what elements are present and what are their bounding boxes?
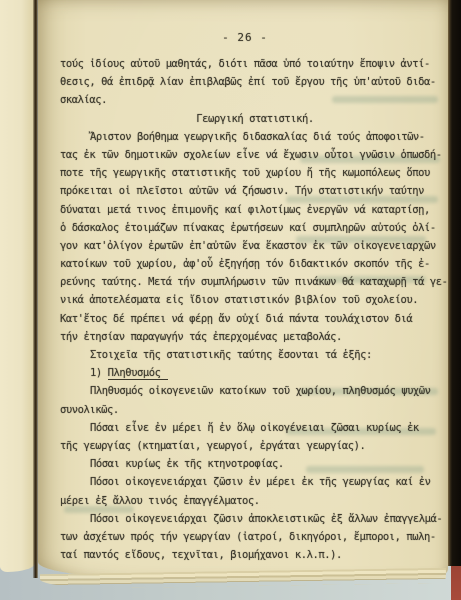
text-line: ὁ δάσκαλος ἑτοιμάζων πίνακας ἐρωτήσεων κ…	[60, 219, 450, 237]
text-line: συνολικῶς.	[60, 401, 450, 419]
previous-page-edge	[0, 0, 35, 572]
text-line: των ἀσχέτων πρός τήν γεωργίαν (ἰατροί, δ…	[60, 528, 450, 546]
text-line: Στοιχεῖα τῆς στατιστικῆς ταύτης ἔσονται …	[60, 346, 450, 364]
text-line: Πληθυσμός οἰκογενειῶν κατοίκων τοῦ χωρίο…	[60, 382, 450, 400]
text-line: μέρει ἐξ ἄλλου τινός ἐπαγγέλματος.	[60, 492, 450, 510]
text-line: τας ἐκ τῶν δημοτικῶν σχολείων εἶνε νά ἔχ…	[60, 146, 450, 164]
text-line: Πόσοι οἰκογενειάρχαι ζῶσιν ἀποκλειστικῶς…	[60, 510, 450, 528]
text-line: ταί παντός εἴδους, τεχνῖται, βιομήχανοι …	[60, 546, 450, 564]
list-number: 1)	[90, 367, 108, 379]
text-line: τούς ἰδίους αὐτοῦ μαθητάς, διότι πᾶσα ὑπ…	[60, 55, 450, 73]
text-line: ποτε τῆς γεωργικῆς στατιστικῆς τοῦ χωρίο…	[60, 164, 450, 182]
text-line: γον κατ'ὀλίγον ἐρωτῶν ἐπ'αὐτῶν ἕνα ἕκαστ…	[60, 237, 450, 255]
text-line: Πόσαι εἶνε ἐν μέρει ἤ ἐν ὅλῳ οἰκογένειαι…	[60, 419, 450, 437]
text-line: θεσις, θά ἐπιδρᾷ λίαν ἐπιβλαβῶς ἐπί τοῦ …	[60, 73, 450, 91]
text-line: νικά ἀποτελέσματα εἰς ἴδιον στατιστικόν …	[60, 291, 450, 309]
text-line: κατοίκων τοῦ χωρίου, ἀφ'οὗ ἐξηγήσῃ τόν δ…	[60, 255, 450, 273]
text-line: τῆς γεωργίας (κτηματίαι, γεωργοί, ἐργάτα…	[60, 437, 450, 455]
text-line: τήν ἐτησίαν παραγωγήν τάς ἐπερχομένας με…	[60, 328, 450, 346]
text-line: Ἄριστον βοήθημα γεωργικῆς διδασκαλίας δι…	[60, 128, 450, 146]
scanned-book-page: - 26 - τούς ἰδίους αὐτοῦ μαθητάς, διότι …	[0, 0, 461, 600]
text-line: δύναται μετά τινος ἐπιμονῆς καί φιλοτίμω…	[60, 201, 450, 219]
text-line: 1) Πληθυσμός	[60, 364, 450, 382]
underlined-term: Πληθυσμός	[108, 367, 169, 380]
typewritten-text-block: τούς ἰδίους αὐτοῦ μαθητάς, διότι πᾶσα ὑπ…	[60, 55, 450, 564]
text-line: Πόσαι κυρίως ἐκ τῆς κτηνοτροφίας.	[60, 455, 450, 473]
text-line: Κατ'ἔτος δέ πρέπει νά φέρῃ ἄν οὐχί διά π…	[60, 310, 450, 328]
text-line: σκαλίας.	[60, 91, 450, 109]
text-line: Πόσοι οἰκογενειάρχαι ζῶσιν ἐν μέρει ἐκ τ…	[60, 473, 450, 491]
section-heading: Γεωργική στατιστική.	[60, 110, 450, 128]
text-line: ρεύνης ταύτης. Μετά τήν συμπλήρωσιν τῶν …	[60, 273, 450, 291]
page-number: - 26 -	[50, 31, 440, 44]
text-line: πρόκειται οἱ πλεῖστοι αὐτῶν νά ζήσωσιν. …	[60, 182, 450, 200]
